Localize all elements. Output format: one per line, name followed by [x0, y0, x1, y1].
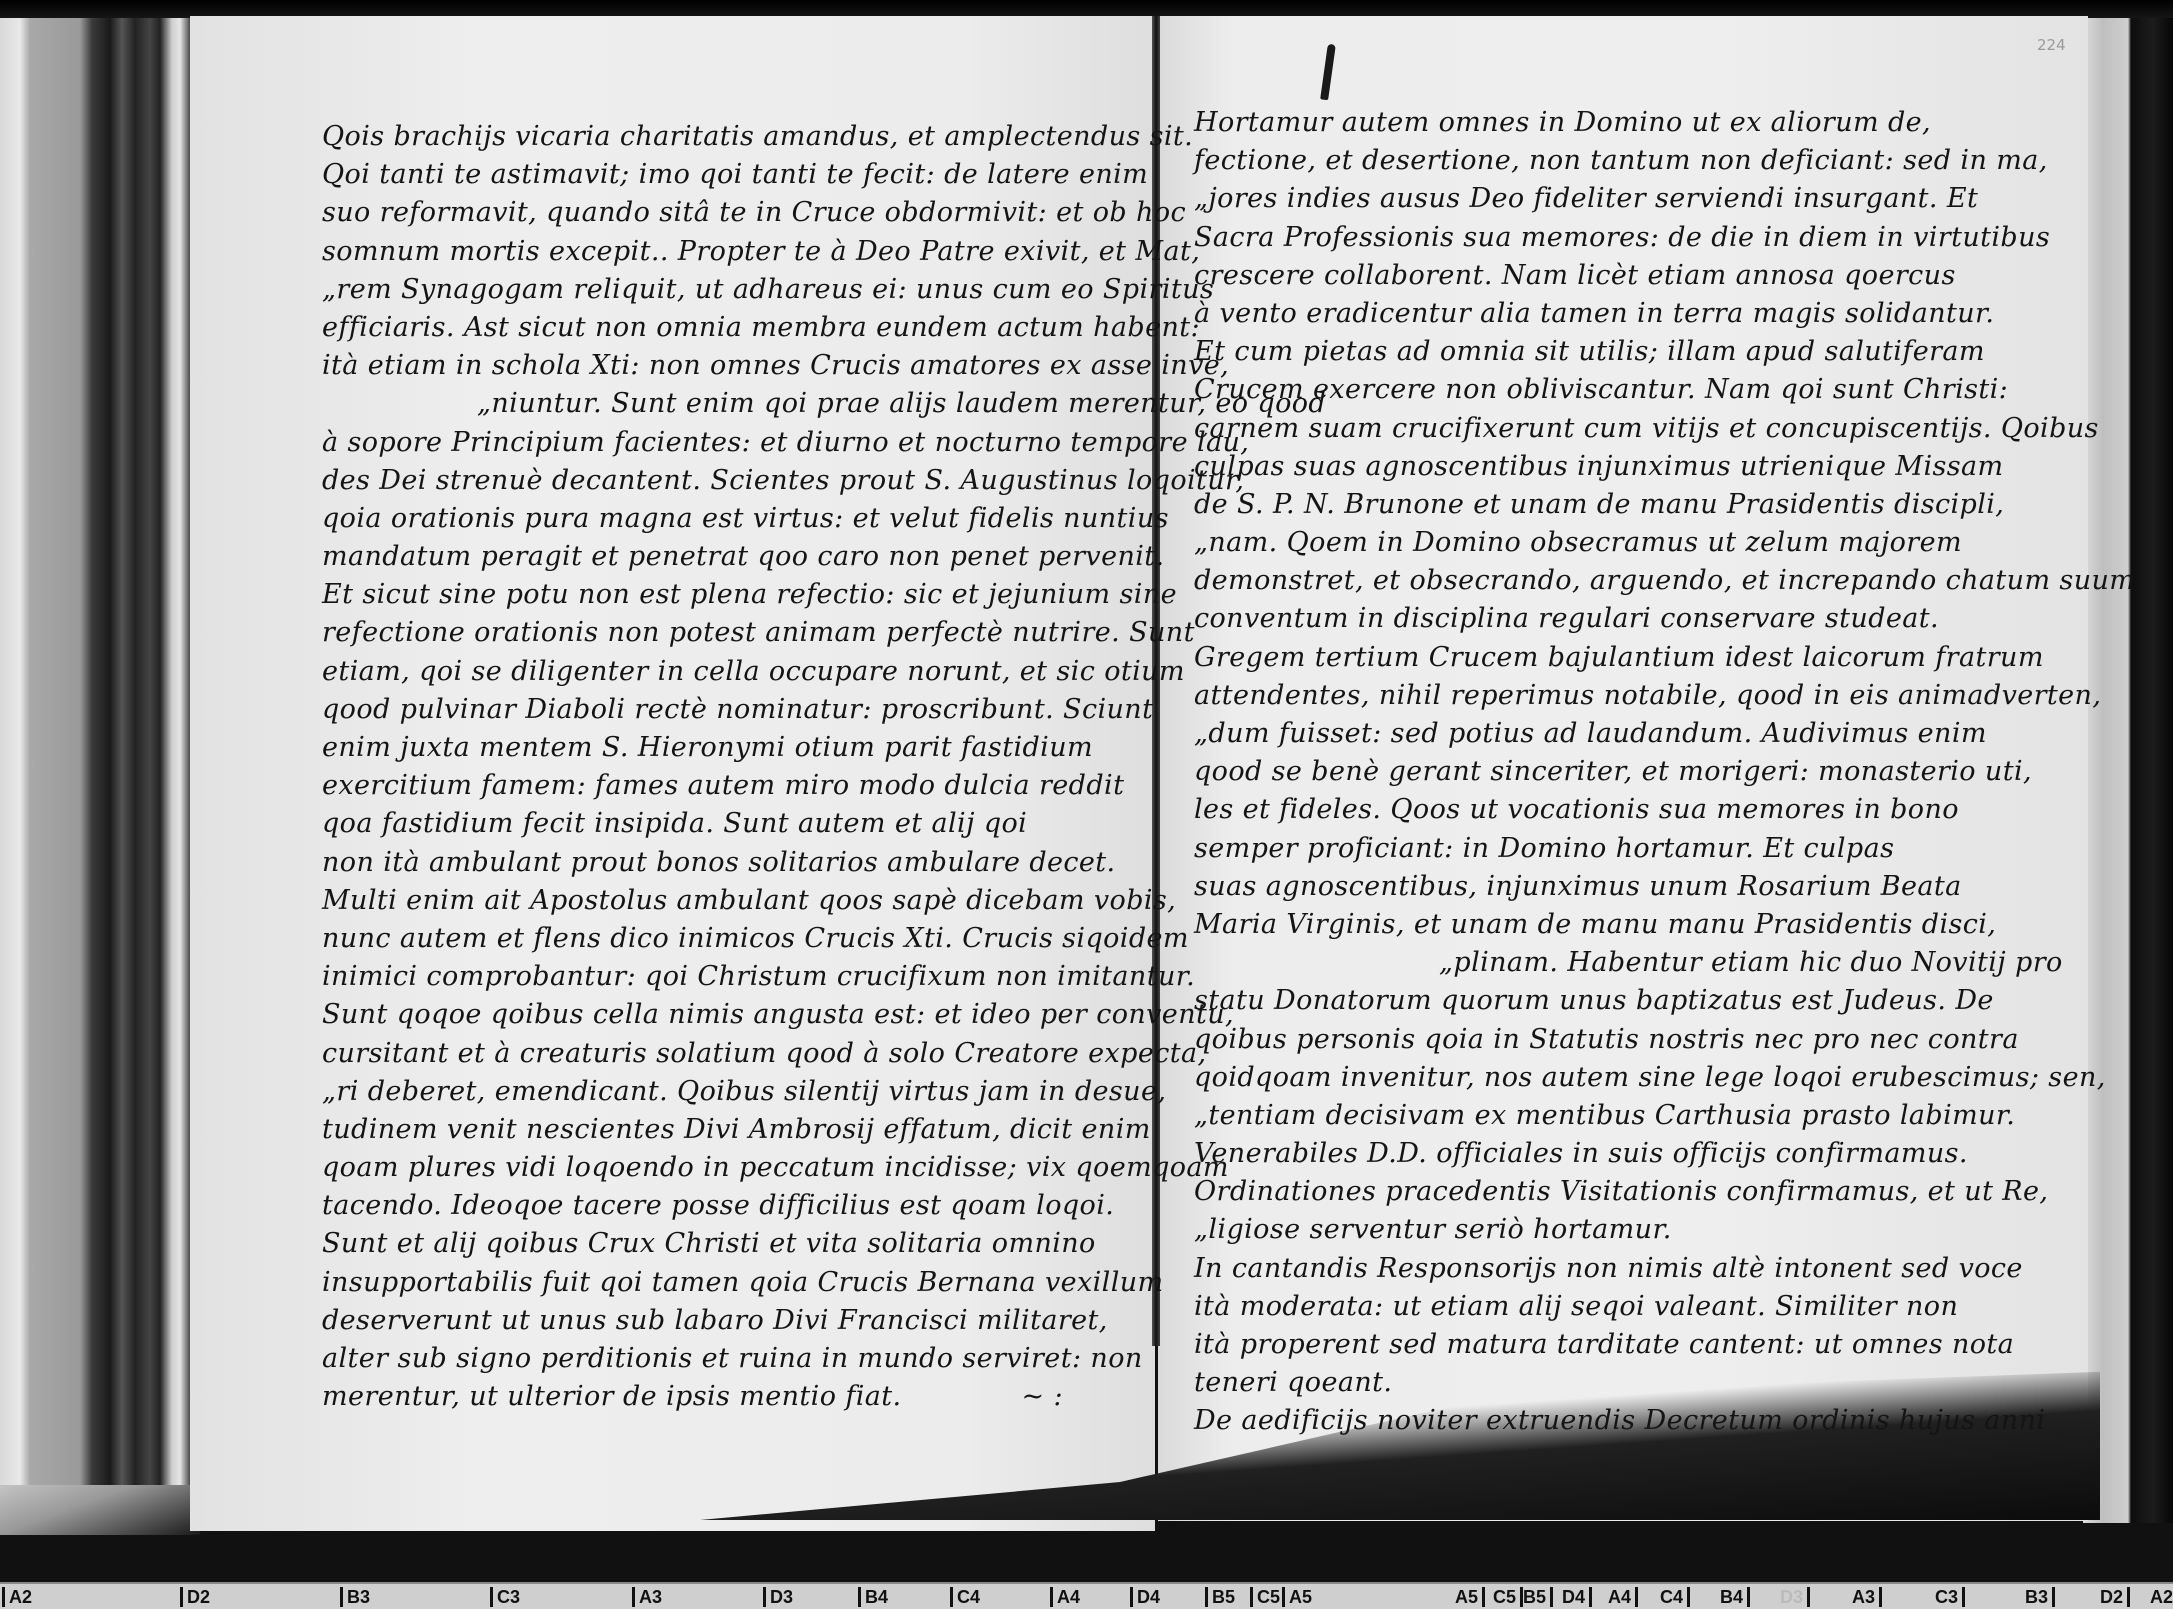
manuscript-line: „rem Synagogam reliquit, ut adhareus ei:…: [322, 271, 1326, 309]
manuscript-line: tacendo. Ideoqoe tacere posse difficiliu…: [322, 1187, 1326, 1225]
manuscript-line: Et cum pietas ad omnia sit utilis; illam…: [1194, 333, 2135, 371]
manuscript-line: statu Donatorum quorum unus baptizatus e…: [1194, 982, 2135, 1020]
left-book-corner: [0, 1485, 200, 1535]
scale-label: A5: [1282, 1587, 1312, 1607]
manuscript-line: De aedificijs noviter extruendis Decretu…: [1194, 1402, 2135, 1440]
manuscript-line: attendentes, nihil reperimus notabile, q…: [1194, 677, 2135, 715]
manuscript-line: qoidqoam invenitur, nos autem sine lege …: [1194, 1059, 2135, 1097]
manuscript-line: efficiaris. Ast sicut non omnia membra e…: [322, 309, 1326, 347]
manuscript-line: deserverunt ut unus sub labaro Divi Fran…: [322, 1302, 1326, 1340]
manuscript-line: semper proficiant: in Domino hortamur. E…: [1194, 830, 2135, 868]
manuscript-line: insupportabilis fuit qoi tamen qoia Cruc…: [322, 1264, 1326, 1302]
manuscript-line: à sopore Principium facientes: et diurno…: [322, 424, 1326, 462]
right-page-text: Hortamur autem omnes in Domino ut ex ali…: [1194, 104, 2135, 1441]
scale-label: A5: [1455, 1587, 1485, 1607]
manuscript-line: enim juxta mentem S. Hieronymi otium par…: [322, 729, 1326, 767]
manuscript-line: alter sub signo perditionis et ruina in …: [322, 1340, 1326, 1378]
scale-label: A3: [632, 1587, 662, 1607]
microfilm-scale-strip: A2D2B3C3A3D3B4C4A4D4B5C5A5A5C5B5D4A4C4B4…: [0, 1582, 2173, 1609]
manuscript-line: Qois brachijs vicaria charitatis amandus…: [322, 118, 1326, 156]
manuscript-line: merentur, ut ulterior de ipsis mentio fi…: [322, 1378, 1326, 1416]
manuscript-line: Venerabiles D.D. officiales in suis offi…: [1194, 1135, 2135, 1173]
manuscript-line: exercitium famem: fames autem miro modo …: [322, 767, 1326, 805]
scale-label: B5: [1205, 1587, 1235, 1607]
scale-label: C5: [1493, 1587, 1523, 1607]
scale-label: D4: [1562, 1587, 1592, 1607]
scale-label: D3: [1780, 1587, 1810, 1607]
manuscript-line: qoia orationis pura magna est virtus: et…: [322, 500, 1326, 538]
manuscript-line: „plinam. Habentur etiam hic duo Novitij …: [1194, 944, 2135, 982]
manuscript-line: Ordinationes pracedentis Visitationis co…: [1194, 1173, 2135, 1211]
manuscript-line: „tentiam decisivam ex mentibus Carthusia…: [1194, 1097, 2135, 1135]
scale-label: D2: [180, 1587, 210, 1607]
scale-label: B3: [2025, 1587, 2055, 1607]
scale-label: A3: [1852, 1587, 1882, 1607]
manuscript-line: nunc autem et flens dico inimicos Crucis…: [322, 920, 1326, 958]
scale-label: B3: [340, 1587, 370, 1607]
manuscript-line: qood pulvinar Diaboli rectè nominatur: p…: [322, 691, 1326, 729]
manuscript-line: non ità ambulant prout bonos solitarios …: [322, 844, 1326, 882]
manuscript-line: somnum mortis excepit.. Propter te à Deo…: [322, 233, 1326, 271]
manuscript-line: ità etiam in schola Xti: non omnes Cruci…: [322, 347, 1326, 385]
scale-label: C4: [1660, 1587, 1690, 1607]
manuscript-line: Sunt qoqoe qoibus cella nimis angusta es…: [322, 996, 1326, 1034]
manuscript-line: refectione orationis non potest animam p…: [322, 614, 1326, 652]
scale-label: B5: [1523, 1587, 1553, 1607]
manuscript-line: qoam plures vidi loqoendo in peccatum in…: [322, 1149, 1326, 1187]
manuscript-line: suas agnoscentibus, injunximus unum Rosa…: [1194, 868, 2135, 906]
left-page-text: Qois brachijs vicaria charitatis amandus…: [322, 118, 1326, 1416]
scale-label: B4: [1720, 1587, 1750, 1607]
manuscript-line: conventum in disciplina regulari conserv…: [1194, 600, 2135, 638]
manuscript-line: fectione, et desertione, non tantum non …: [1194, 142, 2135, 180]
manuscript-line: culpas suas agnoscentibus injunximus utr…: [1194, 448, 2135, 486]
manuscript-line: „dum fuisset: sed potius ad laudandum. A…: [1194, 715, 2135, 753]
manuscript-line: Et sicut sine potu non est plena refecti…: [322, 576, 1326, 614]
manuscript-line: „ligiose serventur seriò hortamur.: [1194, 1211, 2135, 1249]
manuscript-line: „jores indies ausus Deo fideliter servie…: [1194, 180, 2135, 218]
manuscript-line: qoibus personis qoia in Statutis nostris…: [1194, 1021, 2135, 1059]
folio-number: 224: [2037, 36, 2066, 54]
manuscript-line: les et fideles. Qoos ut vocationis sua m…: [1194, 791, 2135, 829]
scale-label: C3: [1935, 1587, 1965, 1607]
closing-flourish: ~ :: [1022, 1381, 1064, 1412]
scale-label: A4: [1608, 1587, 1638, 1607]
scale-label: A2: [2, 1587, 32, 1607]
scale-label: A2: [2150, 1587, 2173, 1607]
manuscript-line: In cantandis Responsorijs non nimis altè…: [1194, 1250, 2135, 1288]
manuscript-line: mandatum peragit et penetrat qoo caro no…: [322, 538, 1326, 576]
manuscript-line: Crucem exercere non obliviscantur. Nam q…: [1194, 371, 2135, 409]
manuscript-line: Qoi tanti te astimavit; imo qoi tanti te…: [322, 156, 1326, 194]
manuscript-line: Hortamur autem omnes in Domino ut ex ali…: [1194, 104, 2135, 142]
manuscript-line: etiam, qoi se diligenter in cella occupa…: [322, 653, 1326, 691]
manuscript-line: cursitant et à creaturis solatium qood à…: [322, 1035, 1326, 1073]
manuscript-line: ità properent sed matura tarditate cante…: [1194, 1326, 2135, 1364]
manuscript-line: Maria Virginis, et unam de manu manu Pra…: [1194, 906, 2135, 944]
manuscript-line: tudinem venit nescientes Divi Ambrosij e…: [322, 1111, 1326, 1149]
manuscript-line: inimici comprobantur: qoi Christum cruci…: [322, 958, 1326, 996]
left-book-fore-edge: [0, 18, 195, 1508]
manuscript-line: Sunt et alij qoibus Crux Christi et vita…: [322, 1225, 1326, 1263]
scale-label: D2: [2100, 1587, 2130, 1607]
manuscript-line: Gregem tertium Crucem bajulantium idest …: [1194, 639, 2135, 677]
manuscript-line: Sacra Professionis sua memores: de die i…: [1194, 219, 2135, 257]
manuscript-line: ità moderata: ut etiam alij seqoi valean…: [1194, 1288, 2135, 1326]
manuscript-line: „niuntur. Sunt enim qoi prae alijs laude…: [322, 385, 1326, 423]
manuscript-line: „nam. Qoem in Domino obsecramus ut zelum…: [1194, 524, 2135, 562]
manuscript-line: teneri qoeant.: [1194, 1364, 2135, 1402]
scale-label: B4: [858, 1587, 888, 1607]
manuscript-line: carnem suam crucifixerunt cum vitijs et …: [1194, 410, 2135, 448]
scale-label: D4: [1130, 1587, 1160, 1607]
manuscript-line: qoa fastidium fecit insipida. Sunt autem…: [322, 805, 1326, 843]
scale-label: A4: [1050, 1587, 1080, 1607]
manuscript-line: des Dei strenuè decantent. Scientes prou…: [322, 462, 1326, 500]
scale-label: C4: [950, 1587, 980, 1607]
scale-label: C5: [1250, 1587, 1280, 1607]
manuscript-line: demonstret, et obsecrando, arguendo, et …: [1194, 562, 2135, 600]
manuscript-line: suo reformavit, quando sitâ te in Cruce …: [322, 194, 1326, 232]
scale-label: D3: [763, 1587, 793, 1607]
manuscript-line: à vento eradicentur alia tamen in terra …: [1194, 295, 2135, 333]
manuscript-line: qood se benè gerant sinceriter, et morig…: [1194, 753, 2135, 791]
manuscript-line: de S. P. N. Brunone et unam de manu Pras…: [1194, 486, 2135, 524]
manuscript-line: crescere collaborent. Nam licèt etiam an…: [1194, 257, 2135, 295]
manuscript-line: Multi enim ait Apostolus ambulant qoos s…: [322, 882, 1326, 920]
manuscript-line: „ri deberet, emendicant. Qoibus silentij…: [322, 1073, 1326, 1111]
microfilm-frame: 224 Qois brachijs vicaria charitatis ama…: [0, 0, 2173, 1609]
scale-label: C3: [490, 1587, 520, 1607]
